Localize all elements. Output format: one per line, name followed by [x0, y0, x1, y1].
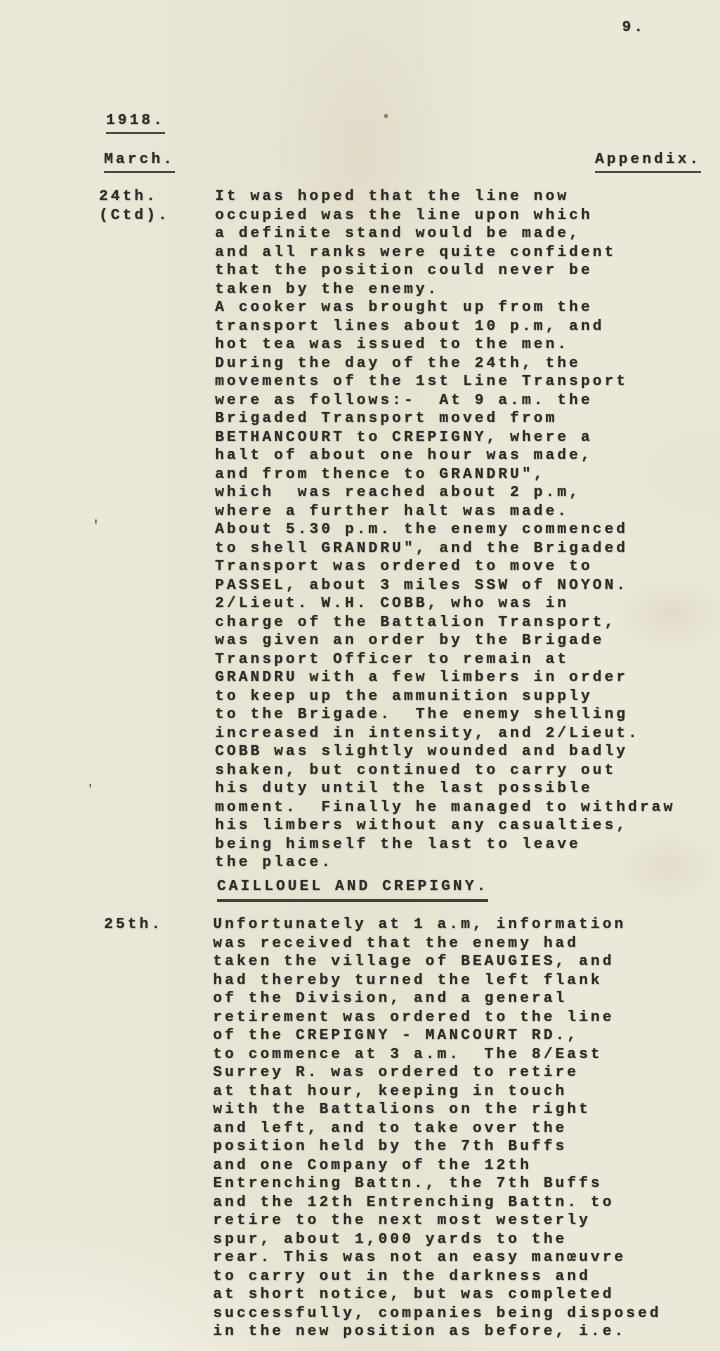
stray-ink-mark: ': [87, 784, 94, 796]
stray-ink-mark: ': [92, 518, 100, 533]
section-heading: CAILLOUEL AND CREPIGNY.: [217, 878, 488, 902]
paper-speck: [384, 114, 388, 118]
month-label: March.: [104, 151, 175, 173]
year-label: 1918.: [106, 112, 165, 134]
entry-date-24th: 24th. (Ctd).: [99, 188, 170, 225]
entry-date-25th: 25th.: [104, 916, 163, 935]
page-number: 9.: [622, 19, 646, 38]
document-page: 9. 1918. March. Appendix. 24th. (Ctd). I…: [0, 0, 720, 1351]
entry-text-24th: It was hoped that the line now occupied …: [215, 188, 675, 873]
appendix-label: Appendix.: [595, 151, 701, 173]
entry-text-25th: Unfortunately at 1 a.m, information was …: [213, 916, 661, 1342]
